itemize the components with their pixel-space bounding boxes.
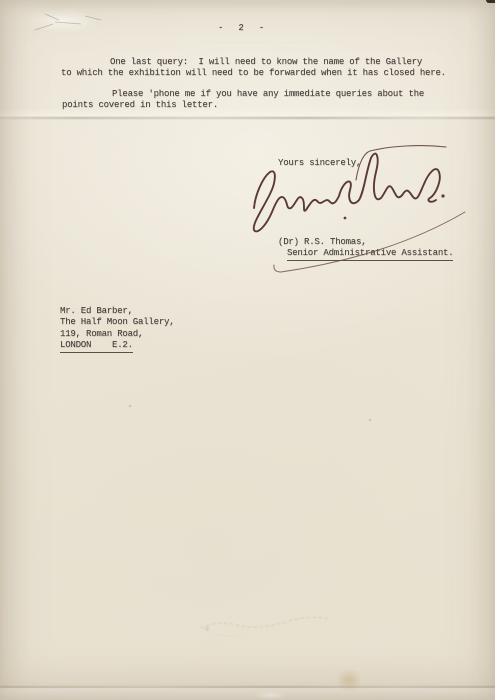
paper-speck bbox=[369, 419, 371, 421]
pencil-smudge bbox=[193, 612, 343, 642]
scan-corner-mark bbox=[486, 0, 495, 3]
paragraph-1-line-1: One last query: I will need to know the … bbox=[110, 57, 422, 68]
signer-typed-title: Senior Administrative Assistant. bbox=[287, 248, 453, 261]
paragraph-2-line-1: Please 'phone me if you have any immedia… bbox=[112, 89, 424, 100]
recipient-city: LONDON E.2. bbox=[60, 340, 174, 353]
page-number: - 2 - bbox=[218, 23, 269, 34]
paper-light-blob bbox=[246, 689, 294, 700]
paper-tear-mark bbox=[15, 0, 120, 46]
fold-crease-bottom bbox=[0, 686, 495, 688]
paragraph-1-line-2: to which the exhibition will need to be … bbox=[61, 68, 446, 79]
recipient-organization: The Half Moon Gallery, bbox=[60, 317, 174, 328]
recipient-street: 119, Roman Road, bbox=[60, 329, 174, 340]
valediction: Yours sincerely, bbox=[278, 158, 361, 169]
fold-crease-top bbox=[0, 117, 495, 119]
paper-tear-hairlines-icon bbox=[15, 0, 120, 46]
recipient-address: Mr. Ed Barber, The Half Moon Gallery, 11… bbox=[60, 306, 174, 353]
signer-typed-name: (Dr) R.S. Thomas, bbox=[278, 237, 366, 248]
recipient-city-text: LONDON E.2. bbox=[60, 340, 133, 353]
paper-stain bbox=[336, 668, 362, 692]
letter-page: - 2 - One last query: I will need to kno… bbox=[0, 0, 495, 700]
paragraph-2-line-2: points covered in this letter. bbox=[62, 100, 218, 111]
fold-highlight-bottom bbox=[0, 688, 495, 700]
recipient-name: Mr. Ed Barber, bbox=[60, 306, 174, 317]
paper-speck bbox=[129, 405, 131, 407]
signer-typed-title-text: Senior Administrative Assistant. bbox=[287, 248, 453, 261]
